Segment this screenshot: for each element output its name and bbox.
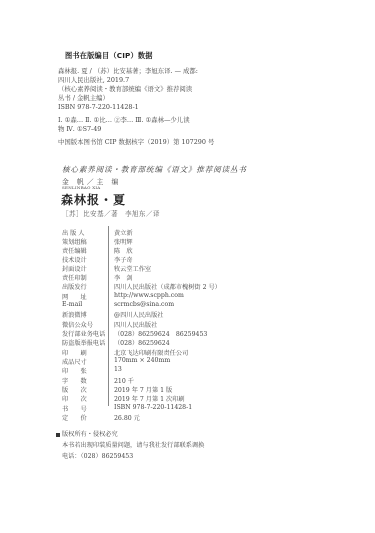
- cip-line: 四川人民出版社, 2019.7: [58, 76, 129, 85]
- detail-value: 四川人民出版社: [114, 320, 157, 329]
- detail-label: 发行部业务电话: [62, 329, 104, 338]
- detail-label: 微信公众号: [62, 320, 104, 329]
- cip-line: 森林报. 夏 / （苏）比安基著；李旭东译. — 成都:: [58, 67, 198, 76]
- detail-value: 26.80 元: [114, 413, 140, 422]
- detail-label: 字 数: [62, 376, 104, 385]
- detail-label: E-mail: [62, 301, 104, 308]
- series-name: 核心素养阅读・教育部统编《语文》推荐阅读丛书: [62, 164, 247, 175]
- cip-classification: 物 Ⅳ. ①S7-49: [58, 125, 101, 134]
- detail-label: 防盗版举报电话: [62, 338, 104, 347]
- detail-value: 2019 年 7 月第 1 版: [114, 385, 172, 394]
- quality-notice: 本书若出现印装质量问题，请与我社发行部联系调换: [62, 440, 204, 449]
- detail-value: 黄立新: [114, 228, 133, 237]
- detail-value: 牧云堂工作室: [114, 264, 151, 273]
- cip-title: 图书在版编目（CIP）数据: [65, 51, 153, 61]
- cip-line: 丛书 / 金帆主编）: [58, 94, 109, 103]
- cip-classification: Ⅰ. ①森… Ⅱ. ①比… ②李… Ⅲ. ①森林—少儿读: [58, 116, 190, 125]
- detail-value: （028）86259624: [114, 338, 170, 347]
- cip-line: （核心素养阅读・教育部统编《语文》推荐阅读: [58, 85, 192, 94]
- detail-value: 北京飞达印刷有限责任公司: [114, 348, 188, 357]
- book-authors: ［苏］比安基／著 李旭东／译: [62, 208, 160, 218]
- table-divider: [108, 226, 109, 406]
- detail-label: 网 址: [62, 292, 104, 301]
- detail-label: 书 号: [62, 404, 104, 413]
- detail-label: 成品尺寸: [62, 357, 104, 366]
- copyright-text: 版权所有・侵权必究: [62, 431, 118, 438]
- detail-label: 版 次: [62, 385, 104, 394]
- detail-value: （028）86259624 86259453: [114, 329, 207, 338]
- detail-label: 策划组稿: [62, 237, 104, 246]
- square-bullet-icon: [56, 433, 60, 437]
- cip-isbn: ISBN 978-7-220-11428-1: [58, 103, 139, 112]
- contact-phone: 电话：（028）86259453: [62, 451, 133, 460]
- detail-label: 定 价: [62, 413, 104, 422]
- detail-value: 170mm × 240mm: [114, 357, 170, 364]
- detail-label: 封面设计: [62, 264, 104, 273]
- detail-label: 出 版 人: [62, 228, 104, 237]
- book-title: 森林报・夏: [61, 191, 126, 208]
- detail-label: 印 张: [62, 366, 104, 375]
- detail-value-email[interactable]: scrmcbs@sina.com: [114, 301, 174, 308]
- detail-label: 技术设计: [62, 255, 104, 264]
- detail-value: 四川人民出版社（成都市槐树街 2 号）: [114, 282, 221, 291]
- detail-label: 印 次: [62, 394, 104, 403]
- detail-value: 2019 年 7 月第 1 次印刷: [114, 394, 185, 403]
- detail-label: 责任编辑: [62, 246, 104, 255]
- detail-value: 13: [114, 366, 122, 373]
- book-pinyin: SENLINBAO XIA: [62, 185, 101, 190]
- detail-value-website[interactable]: http://www.scpph.com: [114, 292, 184, 299]
- detail-value: 张明辉: [114, 237, 133, 246]
- detail-value: 李子奇: [114, 255, 133, 264]
- detail-value: 210 千: [114, 376, 134, 385]
- detail-label: 印 刷: [62, 348, 104, 357]
- detail-value: 陈 欣: [114, 246, 133, 255]
- detail-label: 出版发行: [62, 282, 104, 291]
- detail-label: 责任印制: [62, 273, 104, 282]
- cip-library-record: 中国版本图书馆 CIP 数据核字（2019）第 107290 号: [58, 138, 214, 147]
- detail-label: 新浪微博: [62, 310, 104, 319]
- copyright-notice: 版权所有・侵权必究: [56, 429, 118, 438]
- detail-value: ISBN 978-7-220-11428-1: [114, 404, 192, 411]
- detail-value: @四川人民出版社: [114, 310, 164, 319]
- detail-value: 李 剑: [114, 273, 133, 282]
